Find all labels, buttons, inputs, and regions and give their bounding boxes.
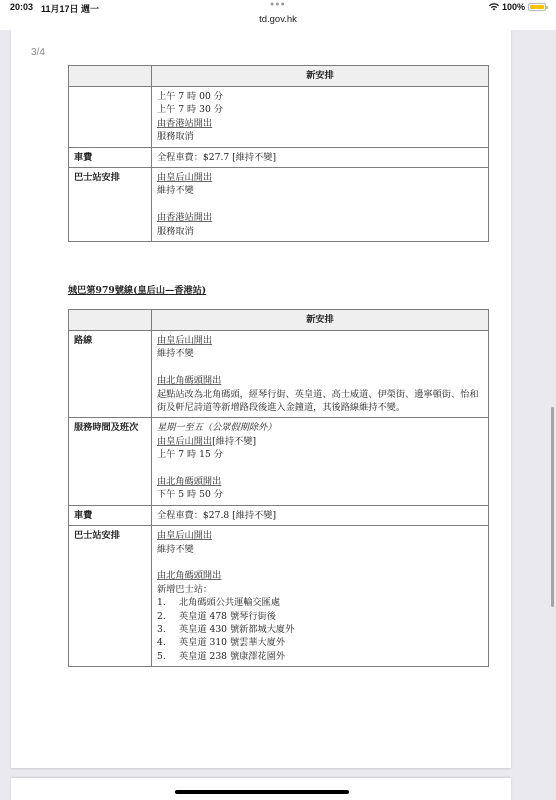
table-row: 巴士站安排 由皇后山開出 維持不變 由北角碼頭開出 新增巴士站： 1.北角碼頭公… xyxy=(69,526,489,667)
schedule-table-1: 新安排 上午 7 時 00 分 上午 7 時 30 分 由香港站開出 服務取消 … xyxy=(68,65,489,242)
stop-name: 英皇道 238 號康澤花園外 xyxy=(179,650,285,663)
list-number: 3. xyxy=(157,623,179,636)
service-days: 星期一至五（公眾假期除外） xyxy=(157,421,483,434)
header-blank-cell xyxy=(69,310,152,331)
row-label: 巴士站安排 xyxy=(69,168,152,242)
departure-heading: 由北角碼頭開出 xyxy=(157,375,221,386)
schedule-table-2: 新安排 路線 由皇后山開出 維持不變 由北角碼頭開出 起點站改為北角碼頭，經琴行… xyxy=(68,309,489,667)
fare-text: 全程車費：$27.7 [維持不變] xyxy=(157,151,483,164)
table-row: 服務時間及班次 星期一至五（公眾假期除外） 由皇后山開出[維持不變] 上午 7 … xyxy=(69,418,489,505)
fare-text: 全程車費：$27.8 [維持不變] xyxy=(157,509,483,522)
table-header-row: 新安排 xyxy=(69,66,489,87)
list-item: 4.英皇道 310 號雲華大廈外 xyxy=(157,636,483,649)
route-description: 起點站改為北角碼頭，經琴行街、英皇道、高士威道、伊榮街、邊寧頓街、怡和街及軒尼詩… xyxy=(157,388,483,415)
header-new-arrangement: 新安排 xyxy=(152,310,489,331)
status-text: 維持不變 xyxy=(157,347,483,360)
row-content: 星期一至五（公眾假期除外） 由皇后山開出[維持不變] 上午 7 時 15 分 由… xyxy=(152,418,489,505)
departure-heading: 由香港站開出 xyxy=(157,118,212,129)
url-display[interactable]: td.gov.hk xyxy=(0,14,556,25)
stop-name: 英皇道 310 號雲華大廈外 xyxy=(179,636,285,649)
status-bar: 20:03 11月17日 週一 ●●● td.gov.hk 100% xyxy=(0,0,556,30)
section-title: 城巴第979號線(皇后山—香港站) xyxy=(68,282,206,296)
status-indicators: 100% xyxy=(489,2,546,12)
unchanged-note: [維持不變] xyxy=(212,436,256,447)
status-text: 服務取消 xyxy=(157,130,483,143)
table-row: 巴士站安排 由皇后山開出 維持不變 由香港站開出 服務取消 xyxy=(69,168,489,242)
status-time: 20:03 xyxy=(10,2,33,12)
time-line: 上午 7 時 30 分 xyxy=(157,103,483,116)
status-text: 服務取消 xyxy=(157,225,483,238)
status-text: 維持不變 xyxy=(157,543,483,556)
status-text: 維持不變 xyxy=(157,184,483,197)
row-content: 由皇后山開出 維持不變 由北角碼頭開出 新增巴士站： 1.北角碼頭公共運輸交匯處… xyxy=(152,526,489,667)
list-number: 2. xyxy=(157,610,179,623)
next-pdf-page xyxy=(11,778,511,800)
departure-heading: 由皇后山開出 xyxy=(157,172,212,183)
row-content: 由皇后山開出 維持不變 由香港站開出 服務取消 xyxy=(152,168,489,242)
stop-name: 北角碼頭公共運輸交匯處 xyxy=(179,596,280,609)
row-label: 車費 xyxy=(69,505,152,525)
table-row: 上午 7 時 00 分 上午 7 時 30 分 由香港站開出 服務取消 xyxy=(69,87,489,148)
time-line: 下午 5 時 50 分 xyxy=(157,488,483,501)
row-label: 巴士站安排 xyxy=(69,526,152,667)
new-stops-heading: 新增巴士站： xyxy=(157,583,483,596)
departure-heading: 由香港站開出 xyxy=(157,212,212,223)
departure-heading: 由皇后山開出 xyxy=(157,335,212,346)
departure-heading: 由北角碼頭開出 xyxy=(157,476,221,487)
departure-heading: 由皇后山開出 xyxy=(157,530,212,541)
scrollbar[interactable] xyxy=(551,407,554,607)
battery-icon xyxy=(528,3,546,11)
row-content: 上午 7 時 00 分 上午 7 時 30 分 由香港站開出 服務取消 xyxy=(152,87,489,148)
header-blank-cell xyxy=(69,66,152,87)
row-label xyxy=(69,87,152,148)
list-item: 3.英皇道 430 號新都城大廈外 xyxy=(157,623,483,636)
table-row: 路線 由皇后山開出 維持不變 由北角碼頭開出 起點站改為北角碼頭，經琴行街、英皇… xyxy=(69,331,489,418)
list-number: 1. xyxy=(157,596,179,609)
list-item: 2.英皇道 478 號琴行街後 xyxy=(157,610,483,623)
row-content: 由皇后山開出 維持不變 由北角碼頭開出 起點站改為北角碼頭，經琴行街、英皇道、高… xyxy=(152,331,489,418)
time-line: 上午 7 時 00 分 xyxy=(157,90,483,103)
row-label: 路線 xyxy=(69,331,152,418)
list-number: 4. xyxy=(157,636,179,649)
wifi-icon xyxy=(489,3,499,11)
list-item: 1.北角碼頭公共運輸交匯處 xyxy=(157,596,483,609)
row-label: 服務時間及班次 xyxy=(69,418,152,505)
table-row: 車費 全程車費：$27.7 [維持不變] xyxy=(69,147,489,167)
time-line: 上午 7 時 15 分 xyxy=(157,448,483,461)
departure-heading: 由皇后山開出 xyxy=(157,436,212,447)
header-new-arrangement: 新安排 xyxy=(152,66,489,87)
list-item: 5.英皇道 238 號康澤花園外 xyxy=(157,650,483,663)
stop-name: 英皇道 430 號新都城大廈外 xyxy=(179,623,294,636)
row-content: 全程車費：$27.8 [維持不變] xyxy=(152,505,489,525)
departure-heading: 由北角碼頭開出 xyxy=(157,570,221,581)
table-header-row: 新安排 xyxy=(69,310,489,331)
stop-name: 英皇道 478 號琴行街後 xyxy=(179,610,276,623)
row-label: 車費 xyxy=(69,147,152,167)
list-number: 5. xyxy=(157,650,179,663)
battery-percent: 100% xyxy=(502,2,525,12)
page-indicator: 3/4 xyxy=(31,47,45,58)
home-indicator[interactable] xyxy=(175,790,349,794)
more-dots-icon[interactable]: ●●● xyxy=(270,1,286,8)
table-row: 車費 全程車費：$27.8 [維持不變] xyxy=(69,505,489,525)
row-content: 全程車費：$27.7 [維持不變] xyxy=(152,147,489,167)
pdf-page: 3/4 新安排 上午 7 時 00 分 上午 7 時 30 分 由香港站開出 服… xyxy=(11,30,511,768)
